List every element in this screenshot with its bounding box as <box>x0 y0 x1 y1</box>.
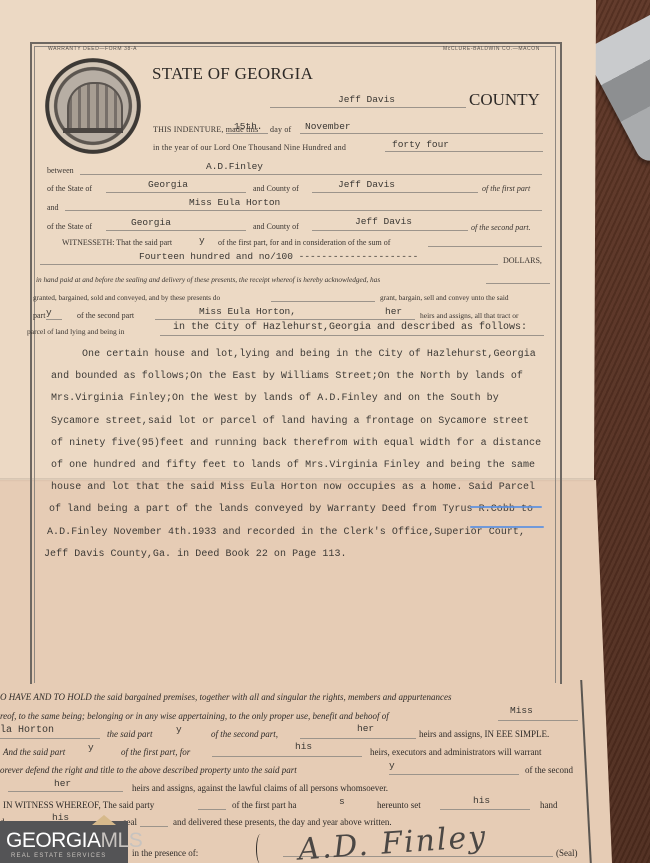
first-county-label: and County of <box>253 184 299 193</box>
first-party-line <box>80 174 542 175</box>
description-line: Jeff Davis County,Ga. in Deed Book 22 on… <box>44 549 347 560</box>
witness-bracket <box>256 834 265 863</box>
county-label: COUNTY <box>469 90 540 110</box>
first-party-name: A.D.Finley <box>206 161 263 172</box>
witnesseth-line5b: of the second part <box>77 311 134 320</box>
watermark-tagline: REAL ESTATE SERVICES <box>11 853 106 859</box>
description-line: of ninety five(95)feet and running back … <box>51 438 541 449</box>
witness-line1a: IN WITNESS WHEREOF, The said party <box>3 800 154 810</box>
seal-arch <box>67 82 123 130</box>
grantee-name: Miss Eula Horton, <box>199 306 296 317</box>
witnesseth-line5a: part <box>33 311 45 320</box>
heirs-line-1 <box>300 738 416 739</box>
habendum-line4c: heirs, executors and administrators will… <box>370 747 541 757</box>
highlight-mark-bottom <box>470 526 544 528</box>
behoof-value-cont: la Horton <box>0 725 54 736</box>
habendum-line4a: And the said part <box>3 747 65 757</box>
habendum-line5-y: y <box>389 760 395 771</box>
habendum-line2: reof, to the same being; belonging or in… <box>0 711 389 721</box>
witnesseth-line1a: WITNESSETH: That the said part <box>62 238 172 247</box>
witness-line2c: and delivered these presents, the day an… <box>173 817 392 827</box>
description-line: One certain house and lot,lying and bein… <box>82 349 536 360</box>
printer-name: McCLURE-BALDWIN CO.—MACON <box>443 46 540 52</box>
witnesseth-line4b: grant, bargain, sell and convey unto the… <box>380 293 509 302</box>
location-line <box>160 335 544 336</box>
year-label: in the year of our Lord One Thousand Nin… <box>153 143 346 152</box>
habendum-line3-pronoun: her <box>357 723 374 734</box>
day-line <box>226 133 268 134</box>
highlight-mark-top <box>470 506 542 508</box>
seal-line-2 <box>140 826 168 827</box>
habendum-line3a: the said part <box>107 729 153 739</box>
second-state-value: Georgia <box>131 217 171 228</box>
watermark-brand-bold: GEORGIA <box>6 829 101 852</box>
habendum-line1: O HAVE AND TO HOLD the said bargained pr… <box>0 692 452 702</box>
habendum-line5a: orever defend the right and title to the… <box>0 765 297 775</box>
first-county-line <box>312 192 478 193</box>
second-county-label: and County of <box>253 222 299 231</box>
behoof-line <box>498 720 578 721</box>
sum-line-1 <box>428 246 542 247</box>
habendum-line3c: heirs and assigns, IN EEE SIMPLE. <box>419 729 549 739</box>
grantee-line <box>155 319 415 320</box>
witnesseth-line6a: parcel of land lying and being in <box>27 327 124 336</box>
first-state-line <box>106 192 246 193</box>
witnesseth-line5-y: y <box>46 307 52 318</box>
habendum-line6a: heirs and assigns, against the lawful cl… <box>132 783 388 793</box>
seal-base <box>63 128 123 133</box>
witness-line1-s: s <box>339 796 345 807</box>
day-value: 15th. <box>234 121 263 132</box>
first-part-label: of the first part <box>482 184 530 193</box>
description-line: of land being a part of the lands convey… <box>49 504 533 515</box>
habendum-line4b: of the first part, for <box>121 747 190 757</box>
party-line <box>198 809 226 810</box>
first-county-value: Jeff Davis <box>338 179 395 190</box>
second-state-line <box>106 230 246 231</box>
watermark-brand-light: MLS <box>101 829 143 852</box>
year-line <box>385 151 543 152</box>
amount-line <box>40 264 498 265</box>
month-value: November <box>305 121 351 132</box>
do-line <box>271 301 375 302</box>
first-state-value: Georgia <box>148 179 188 190</box>
location-value: in the City of Hazlehurst,Georgia and de… <box>173 322 527 333</box>
and-label: and <box>47 203 59 212</box>
day-of-label: day of <box>270 125 291 134</box>
georgia-mls-watermark: GEORGIAMLS REAL ESTATE SERVICES <box>0 821 128 863</box>
witnesseth-line4a: granted, bargained, sold and conveyed, a… <box>33 293 220 302</box>
has-line <box>486 283 550 284</box>
dollars-label: DOLLARS, <box>503 256 542 265</box>
between-label: between <box>47 166 74 175</box>
second-county-value: Jeff Davis <box>355 216 412 227</box>
description-line: A.D.Finley November 4th.1933 and recorde… <box>47 527 525 538</box>
habendum-line4-y: y <box>88 742 94 753</box>
witness-line1c: hereunto set <box>377 800 421 810</box>
description-line: and bounded as follows;On the East by Wi… <box>51 371 523 382</box>
witnesseth-line1b: of the first part, for and in considerat… <box>218 238 390 247</box>
month-line <box>300 133 543 134</box>
habendum-line3b: of the second part, <box>211 729 278 739</box>
county-line <box>270 107 466 108</box>
second-part-label: of the second part. <box>471 223 531 232</box>
second-party-name: Miss Eula Horton <box>189 197 280 208</box>
grantee-pronoun: her <box>385 306 402 317</box>
form-number: WARRANTY DEED—FORM 38-A <box>48 46 137 52</box>
habendum-line6-pronoun: her <box>54 778 71 789</box>
first-state-label: of the State of <box>47 184 92 193</box>
year-value: forty four <box>392 139 449 150</box>
hand-line <box>440 809 530 810</box>
amount-value: Fourteen hundred and no/100 ------------… <box>139 251 418 262</box>
habendum-line4-pronoun: his <box>295 741 312 752</box>
description-line: of one hundred and fifty feet to lands o… <box>51 460 535 471</box>
description-line: house and lot that the said Miss Eula Ho… <box>51 482 535 493</box>
witness-line1b: of the first part ha <box>232 800 296 810</box>
heirs-line-3 <box>8 791 123 792</box>
heirs-line-2 <box>212 756 362 757</box>
part-y-line <box>46 319 62 320</box>
behoof-value: Miss <box>510 705 533 716</box>
witnesseth-part-y: y <box>199 235 205 246</box>
habendum-line3-y: y <box>176 724 182 735</box>
witness-line1-pronoun: his <box>473 795 490 806</box>
description-line: Sycamore street,said lot or parcel of la… <box>51 416 529 427</box>
habendum-line5c: of the second <box>525 765 573 775</box>
document-title: STATE OF GEORGIA <box>152 64 313 84</box>
roof-icon <box>92 815 116 825</box>
georgia-state-seal-icon <box>45 58 141 154</box>
witness-line1d: hand <box>540 800 558 810</box>
seal-label: (Seal) <box>556 848 578 858</box>
behoof-line-2 <box>0 738 100 739</box>
witnesseth-line3: in hand paid at and before the sealing a… <box>36 275 380 284</box>
witnesseth-line5c: heirs and assigns, all that tract or <box>420 311 519 320</box>
second-county-line <box>312 230 468 231</box>
unto-line <box>389 774 519 775</box>
description-line: Mrs.Virginia Finley;On the West by lands… <box>51 393 499 404</box>
watermark-brand: GEORGIAMLS <box>6 829 142 853</box>
second-party-line <box>65 210 542 211</box>
county-value: Jeff Davis <box>338 94 395 105</box>
second-state-label: of the State of <box>47 222 92 231</box>
